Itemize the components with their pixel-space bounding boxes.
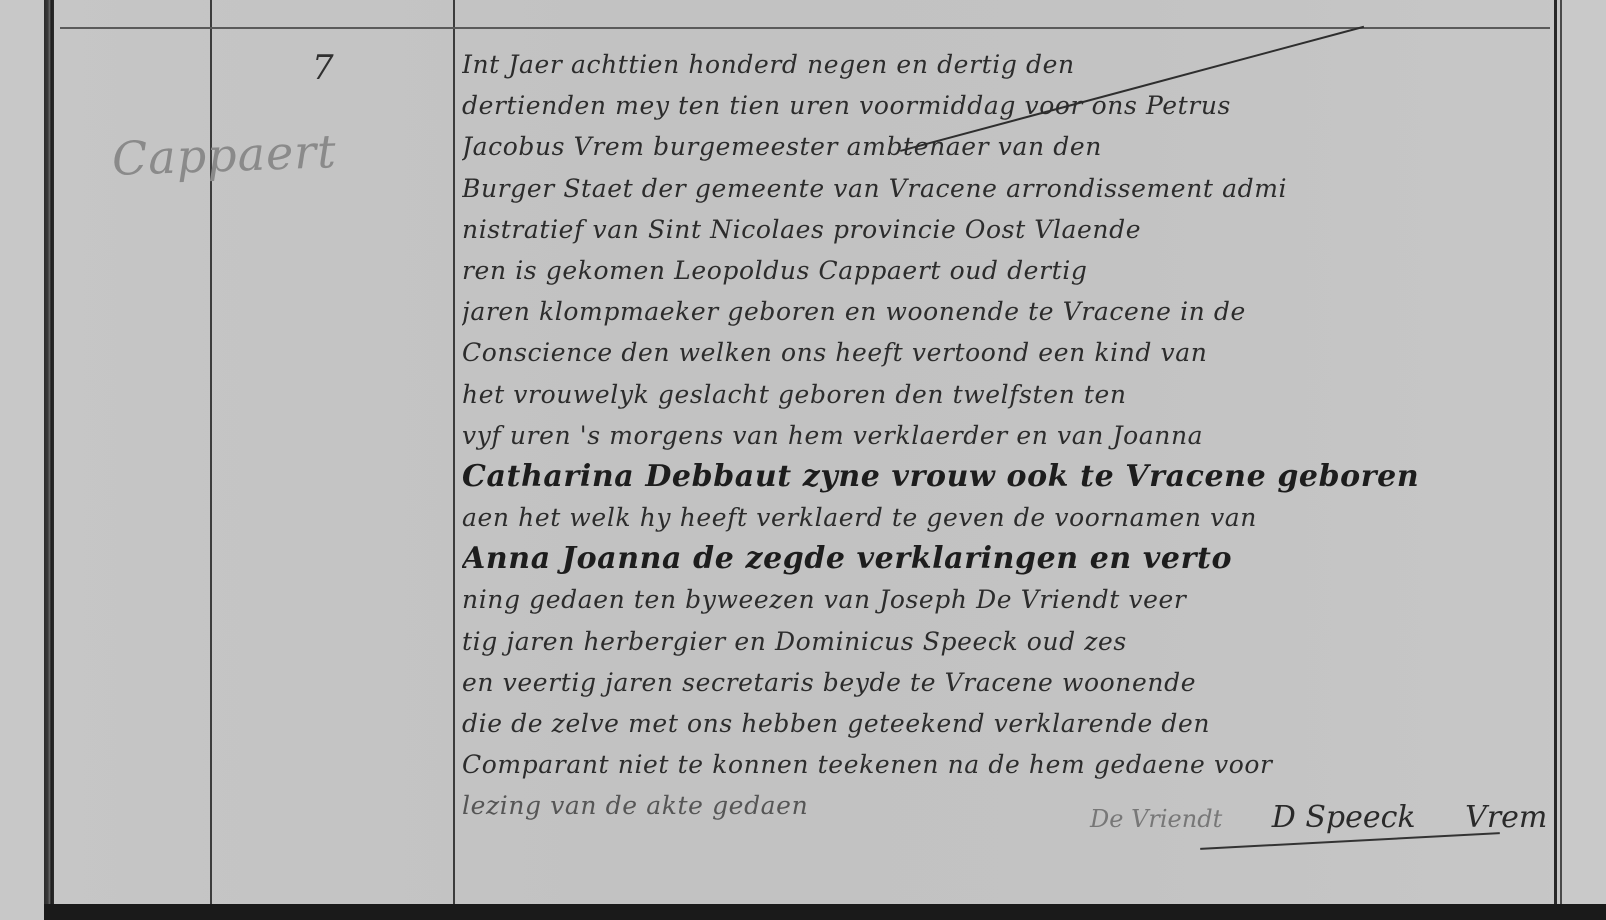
entry-number: 7 [312, 48, 334, 88]
entry-line-10: vyf uren 's morgens van hem verklaerder … [462, 415, 1547, 456]
signature-block: De Vriendt D Speeck Vrem [1090, 800, 1587, 835]
entry-line-13-child-name: Anna Joanna de zegde verklaringen en ver… [462, 538, 1547, 579]
entry-body: Int Jaer achttien honderd negen en derti… [462, 44, 1547, 827]
entry-line-16: en veertig jaren secretaris beyde te Vra… [462, 662, 1547, 703]
page-right-frame [1550, 0, 1606, 920]
entry-line-5: nistratief van Sint Nicolaes provincie O… [462, 209, 1547, 250]
entry-line-1: Int Jaer achttien honderd negen en derti… [462, 44, 1547, 85]
entry-line-6: ren is gekomen Leopoldus Cappaert oud de… [462, 250, 1547, 291]
entry-line-8: Conscience den welken ons heeft vertoond… [462, 332, 1547, 373]
entry-line-11-mother-name: Catharina Debbaut zyne vrouw ook te Vrac… [462, 456, 1547, 497]
signature-witness-2: D Speeck [1272, 800, 1416, 835]
signature-official: Vrem [1465, 800, 1547, 835]
entry-line-9: het vrouwelyk geslacht geboren den twelf… [462, 374, 1547, 415]
signature-witness-1: De Vriendt [1090, 805, 1222, 833]
page-left-margin [0, 0, 44, 920]
binding-double-rule [44, 0, 54, 920]
entry-line-7: jaren klompmaeker geboren en woonende te… [462, 291, 1547, 332]
register-page: 7 Cappaert Int Jaer achttien honderd neg… [0, 0, 1606, 920]
entry-top-rule [60, 27, 1550, 29]
entry-line-15: tig jaren herbergier en Dominicus Speeck… [462, 621, 1547, 662]
margin-surname-note: Cappaert [111, 124, 337, 186]
entry-line-3: Jacobus Vrem burgemeester ambtenaer van … [462, 126, 1547, 167]
entry-line-2: dertienden mey ten tien uren voormiddag … [462, 85, 1547, 126]
entry-line-18: Comparant niet te konnen teekenen na de … [462, 744, 1547, 785]
entry-line-17: die de zelve met ons hebben geteekend ve… [462, 703, 1547, 744]
entry-line-14: ning gedaen ten byweezen van Joseph De V… [462, 579, 1547, 620]
column-rule-2 [453, 0, 455, 905]
entry-line-4: Burger Staet der gemeente van Vracene ar… [462, 168, 1547, 209]
entry-line-12: aen het welk hy heeft verklaerd te geven… [462, 497, 1547, 538]
page-bottom-edge [44, 904, 1606, 920]
